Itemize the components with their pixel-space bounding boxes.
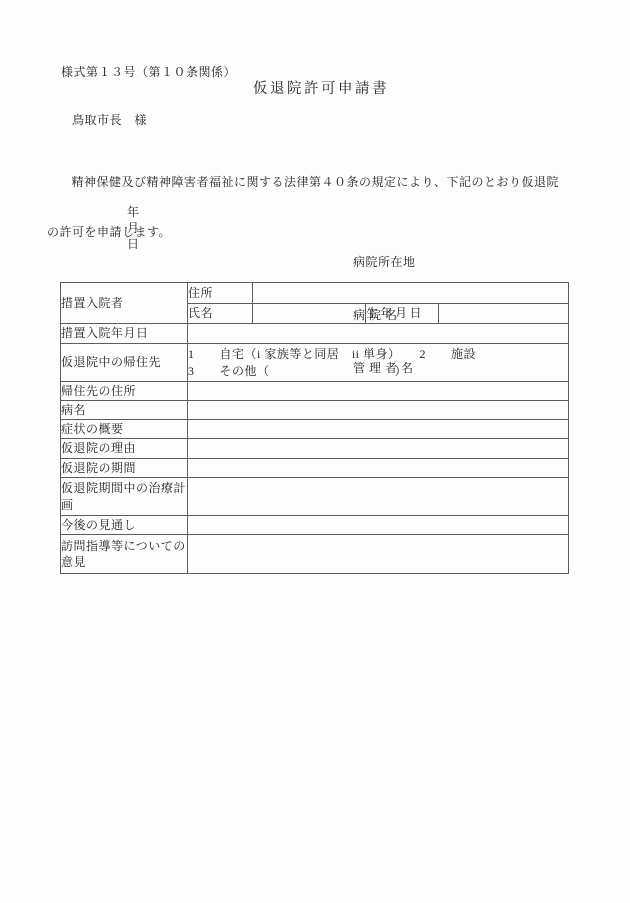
residence-option-line-1: 1 自宅（i 家族等と同居 ii 単身） 2 施設 <box>188 346 568 363</box>
table-row: 症状の概要 <box>61 420 569 439</box>
table-row: 措置入院者 住所 <box>61 283 569 304</box>
residence-label: 仮退院中の帰住先 <box>61 344 188 382</box>
treatment-plan-value-cell <box>188 478 569 516</box>
visit-guidance-value-cell <box>188 535 569 574</box>
reason-label: 仮退院の理由 <box>61 439 188 459</box>
table-row: 仮退院中の帰住先 1 自宅（i 家族等と同居 ii 単身） 2 施設 3 その他… <box>61 344 569 382</box>
visit-guidance-label: 訪問指導等についての意見 <box>61 535 188 574</box>
name-label: 氏名 <box>188 304 253 324</box>
residence-address-value-cell <box>188 382 569 401</box>
patient-label: 措置入院者 <box>61 283 188 324</box>
outlook-label: 今後の見通し <box>61 516 188 535</box>
table-row: 今後の見通し <box>61 516 569 535</box>
table-row: 病名 <box>61 401 569 420</box>
admission-date-value-cell <box>188 324 569 344</box>
hospital-address-label: 病院所在地 <box>353 254 416 272</box>
admission-date-label: 措置入院年月日 <box>61 324 188 344</box>
table-row: 仮退院の理由 <box>61 439 569 459</box>
application-table: 措置入院者 住所 氏名 生年月日 措置入院年月日 仮退院中の帰住先 1 自宅（i… <box>60 282 569 574</box>
table-row: 措置入院年月日 <box>61 324 569 344</box>
table-row: 帰住先の住所 <box>61 382 569 401</box>
treatment-plan-label: 仮退院期間中の治療計画 <box>61 478 188 516</box>
reason-value-cell <box>188 439 569 459</box>
table-row: 訪問指導等についての意見 <box>61 535 569 574</box>
form-number: 様式第１３号（第１０条関係） <box>61 64 236 80</box>
residence-options-cell: 1 自宅（i 家族等と同居 ii 単身） 2 施設 3 その他（ ） <box>188 344 569 382</box>
date-line: 年 月 日 <box>113 188 167 268</box>
name-value-cell <box>253 304 366 324</box>
document-page: 様式第１３号（第１０条関係） 仮退院許可申請書 鳥取市長 様 精神保健及び精神障… <box>0 0 630 903</box>
period-value-cell <box>188 459 569 478</box>
address-value-cell <box>253 283 569 304</box>
year-label: 年 <box>127 204 140 220</box>
table-row: 仮退院期間中の治療計画 <box>61 478 569 516</box>
residence-option-line-2: 3 その他（ ） <box>188 363 568 380</box>
symptoms-label: 症状の概要 <box>61 420 188 439</box>
birthdate-label: 生年月日 <box>366 304 439 324</box>
month-label: 月 <box>127 220 140 236</box>
address-label: 住所 <box>188 283 253 304</box>
residence-address-label: 帰住先の住所 <box>61 382 188 401</box>
disease-name-label: 病名 <box>61 401 188 420</box>
day-label: 日 <box>127 236 140 252</box>
birthdate-value-cell <box>439 304 569 324</box>
disease-name-value-cell <box>188 401 569 420</box>
symptoms-value-cell <box>188 420 569 439</box>
document-title: 仮退院許可申請書 <box>0 80 630 98</box>
outlook-value-cell <box>188 516 569 535</box>
addressee: 鳥取市長 様 <box>72 112 147 128</box>
period-label: 仮退院の期間 <box>61 459 188 478</box>
table-row: 仮退院の期間 <box>61 459 569 478</box>
